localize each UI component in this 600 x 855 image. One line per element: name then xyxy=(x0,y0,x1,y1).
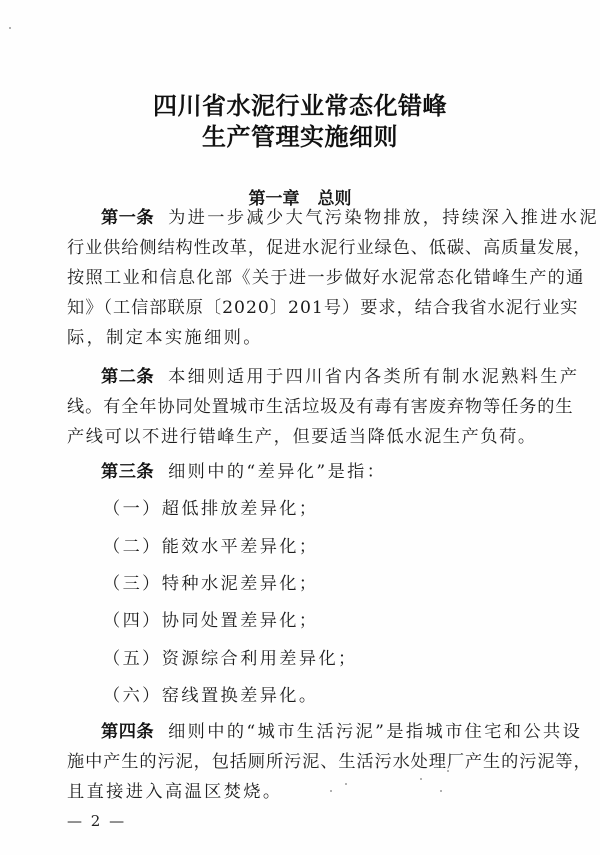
article-3-line-1: 第三条细则中的“差异化”是指： xyxy=(101,461,513,483)
list-item-6: （六）窑线置换差异化。 xyxy=(103,685,549,707)
document-page: 四川省水泥行业常态化错峰 生产管理实施细则 第一章 总则 第一条为进一步减少大气… xyxy=(0,0,600,855)
article-1-line-5: 际，制定本实施细则。 xyxy=(67,327,513,349)
article-4-line-3: 且直接进入高温区焚烧。 xyxy=(67,781,513,803)
article-1-line-3: 按照工业和信息化部《关于进一步做好水泥常态化错峰生产的通 xyxy=(67,267,513,289)
article-4-line-1: 第四条细则中的“城市生活污泥”是指城市住宅和公共设 xyxy=(101,721,513,743)
document-title-line-2: 生产管理实施细则 xyxy=(0,117,600,152)
scan-speck xyxy=(447,770,449,772)
article-2-line-1: 第二条本细则适用于四川省内各类所有制水泥熟料生产 xyxy=(101,366,513,388)
list-item-2: （二）能效水平差异化； xyxy=(103,536,549,558)
article-1-text: 为进一步减少大气污染物排放，持续深入推进水泥 xyxy=(168,208,599,228)
page-number: — 2 — xyxy=(67,812,126,830)
article-3-label: 第三条 xyxy=(101,462,154,482)
scan-speck xyxy=(9,27,11,29)
list-item-5: （五）资源综合利用差异化； xyxy=(103,648,549,670)
article-2-text: 本细则适用于四川省内各类所有制水泥熟料生产 xyxy=(168,367,579,387)
article-1-line-1: 第一条为进一步减少大气污染物排放，持续深入推进水泥 xyxy=(101,207,513,229)
scan-speck xyxy=(440,790,442,792)
article-2-line-3: 产线可以不进行错峰生产，但要适当降低水泥生产负荷。 xyxy=(67,426,513,448)
document-title-line-1: 四川省水泥行业常态化错峰 xyxy=(0,86,600,121)
article-2-label: 第二条 xyxy=(101,367,154,387)
article-3-text: 细则中的“差异化”是指： xyxy=(168,462,386,482)
article-4-label: 第四条 xyxy=(101,722,154,742)
article-4-text: 细则中的“城市生活污泥”是指城市住宅和公共设 xyxy=(168,722,582,742)
scan-speck xyxy=(330,790,332,792)
scan-speck xyxy=(420,778,422,780)
scan-speck xyxy=(345,783,347,785)
article-1-line-2: 行业供给侧结构性改革，促进水泥行业绿色、低碳、高质量发展， xyxy=(67,237,513,259)
list-item-4: （四）协同处置差异化； xyxy=(103,610,549,632)
article-1-line-4: 知》（工信部联原〔2020〕201号）要求，结合我省水泥行业实 xyxy=(67,297,513,319)
article-2-line-2: 线。有全年协同处置城市生活垃圾及有毒有害废弃物等任务的生 xyxy=(67,396,513,418)
list-item-3: （三）特种水泥差异化； xyxy=(103,573,549,595)
list-item-1: （一）超低排放差异化； xyxy=(103,498,549,520)
article-1-label: 第一条 xyxy=(101,208,154,228)
chapter-heading: 第一章 总则 xyxy=(0,184,600,209)
